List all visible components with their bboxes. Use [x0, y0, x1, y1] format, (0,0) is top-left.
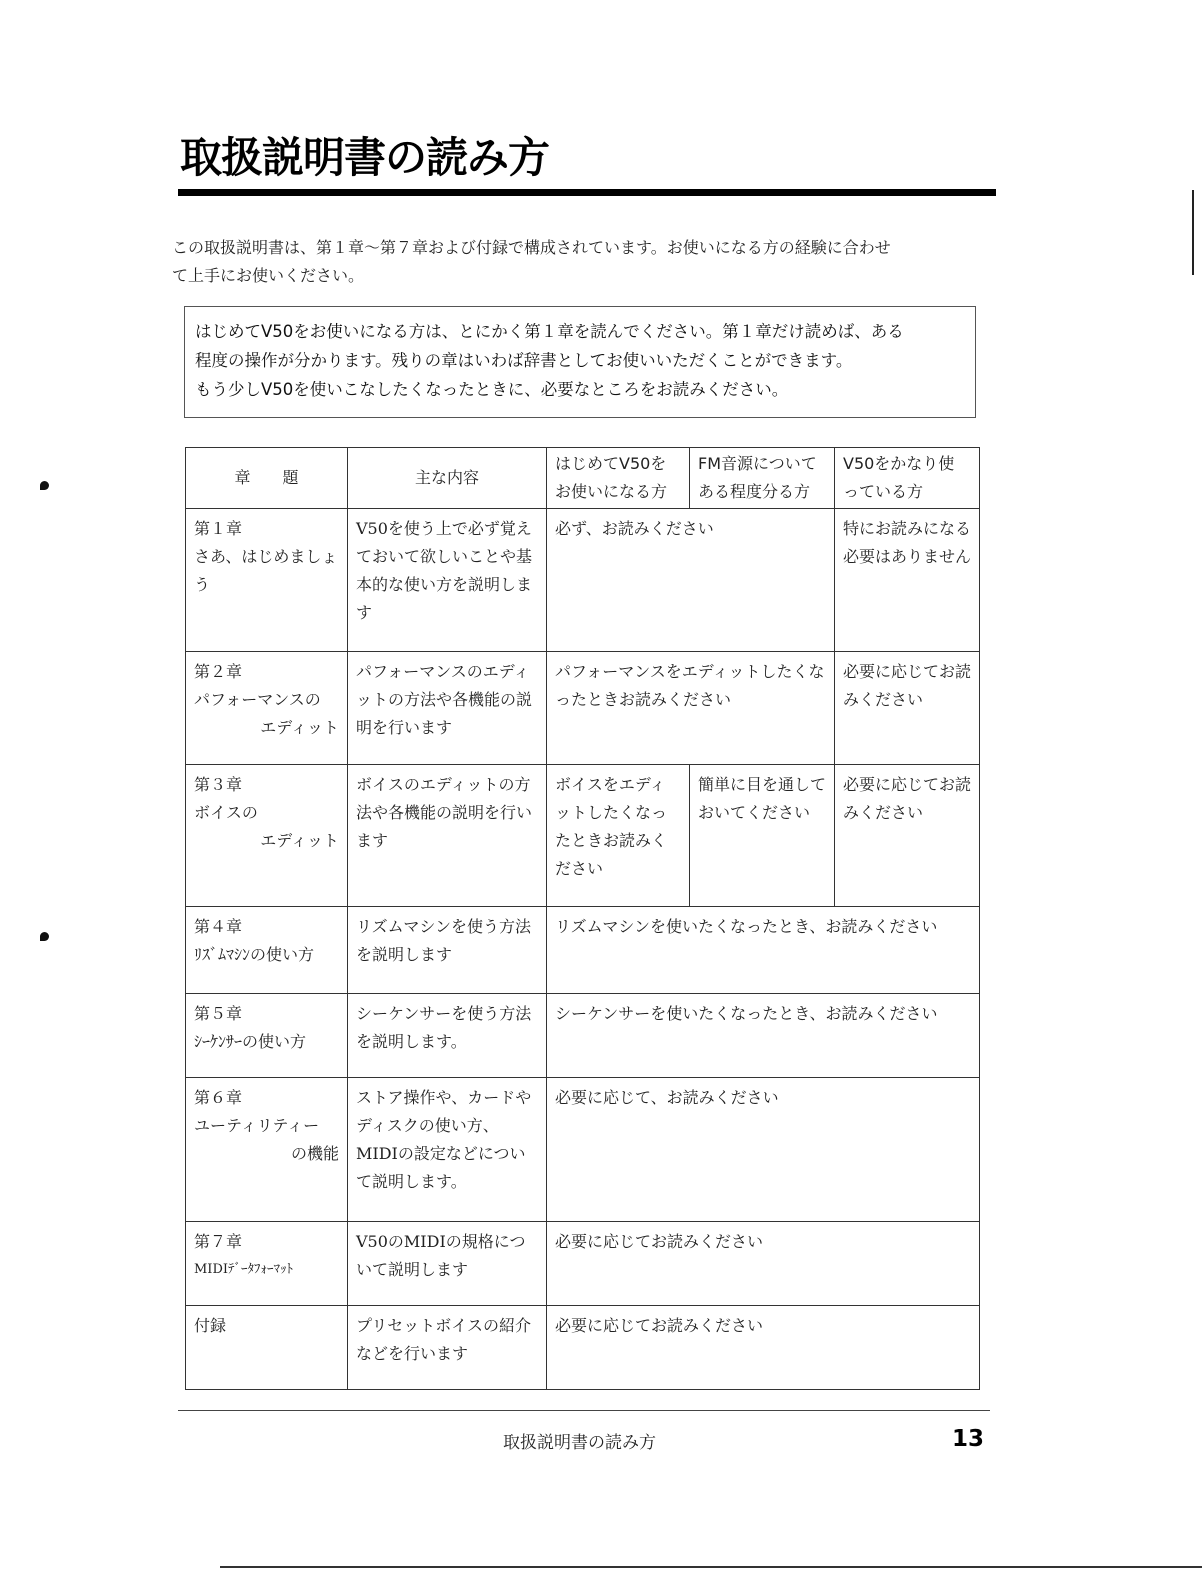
advanced-cell: 必要に応じてお読みください	[835, 652, 980, 765]
page-title: 取扱説明書の読み方	[180, 128, 549, 188]
binder-hole-mark-icon	[40, 481, 49, 490]
content-cell: パフォーマンスのエディットの方法や各機能の説明を行います	[348, 652, 547, 765]
reading-guide-table: 章 題 主な内容 はじめてV50を お使いになる方 FM音源について ある程度分…	[185, 447, 980, 1390]
content-cell: ストア操作や、カードやディスクの使い方、MIDIの設定などについて説明します。	[348, 1078, 547, 1222]
chapter-cell: 第６章 ユーティリティー の機能	[186, 1078, 348, 1222]
all-readers-cell: リズムマシンを使いたくなったとき、お読みください	[547, 907, 980, 994]
header-content: 主な内容	[348, 448, 547, 509]
header-intermediate: FM音源について ある程度分る方	[690, 448, 835, 509]
advanced-cell: 特にお読みになる必要はありません	[835, 509, 980, 652]
table-header-row: 章 題 主な内容 はじめてV50を お使いになる方 FM音源について ある程度分…	[186, 448, 980, 509]
header-chapter: 章 題	[186, 448, 348, 509]
table-row: 第６章 ユーティリティー の機能 ストア操作や、カードやディスクの使い方、MID…	[186, 1078, 980, 1222]
content-cell: リズムマシンを使う方法を説明します	[348, 907, 547, 994]
intermediate-cell: 簡単に目を通しておいてください	[690, 765, 835, 907]
beginner-cell: ボイスをエディットしたくなったときお読みください	[547, 765, 690, 907]
table-row: 第１章 さあ、はじめましょう V50を使う上で必ず覚えておいて欲しいことや基本的…	[186, 509, 980, 652]
content-cell: V50のMIDIの規格について説明します	[348, 1222, 547, 1306]
intro-line: この取扱説明書は、第１章〜第７章および付録で構成されています。お使いになる方の経…	[172, 234, 1002, 262]
title-underline	[178, 189, 996, 196]
chapter-cell: 第１章 さあ、はじめましょう	[186, 509, 348, 652]
note-line: もう少しV50を使いこなしたくなったときに、必要なところをお読みください。	[195, 375, 965, 404]
page-number: 13	[952, 1426, 984, 1452]
intro-line: て上手にお使いください。	[172, 262, 1002, 290]
chapter-cell: 第３章 ボイスの エディット	[186, 765, 348, 907]
chapter-cell: 第４章 ﾘｽﾞﾑﾏｼﾝの使い方	[186, 907, 348, 994]
footer-section-title: 取扱説明書の読み方	[503, 1428, 656, 1453]
beginner-intermediate-cell: 必ず、お読みください	[547, 509, 835, 652]
header-advanced: V50をかなり使 っている方	[835, 448, 980, 509]
all-readers-cell: 必要に応じてお読みください	[547, 1222, 980, 1306]
all-readers-cell: シーケンサーを使いたくなったとき、お読みください	[547, 994, 980, 1078]
note-box: はじめてV50をお使いになる方は、とにかく第１章を読んでください。第１章だけ読め…	[184, 306, 976, 418]
content-cell: プリセットボイスの紹介などを行います	[348, 1306, 547, 1390]
table-row: 第４章 ﾘｽﾞﾑﾏｼﾝの使い方 リズムマシンを使う方法を説明します リズムマシン…	[186, 907, 980, 994]
note-line: はじめてV50をお使いになる方は、とにかく第１章を読んでください。第１章だけ読め…	[195, 317, 965, 346]
all-readers-cell: 必要に応じてお読みください	[547, 1306, 980, 1390]
note-line: 程度の操作が分かります。残りの章はいわば辞書としてお使いいただくことができます。	[195, 346, 965, 375]
beginner-intermediate-cell: パフォーマンスをエディットしたくなったときお読みください	[547, 652, 835, 765]
chapter-cell: 付録	[186, 1306, 348, 1390]
chapter-cell: 第７章 MIDIﾃﾞｰﾀﾌｫｰﾏｯﾄ	[186, 1222, 348, 1306]
content-cell: シーケンサーを使う方法を説明します。	[348, 994, 547, 1078]
scan-edge-mark	[1192, 190, 1194, 275]
table-row: 第７章 MIDIﾃﾞｰﾀﾌｫｰﾏｯﾄ V50のMIDIの規格について説明します …	[186, 1222, 980, 1306]
header-beginner: はじめてV50を お使いになる方	[547, 448, 690, 509]
content-cell: ボイスのエディットの方法や各機能の説明を行います	[348, 765, 547, 907]
all-readers-cell: 必要に応じて、お読みください	[547, 1078, 980, 1222]
footer-divider	[178, 1410, 990, 1411]
content-cell: V50を使う上で必ず覚えておいて欲しいことや基本的な使い方を説明します	[348, 509, 547, 652]
chapter-cell: 第５章 ｼｰｹﾝｻｰの使い方	[186, 994, 348, 1078]
table-row: 第５章 ｼｰｹﾝｻｰの使い方 シーケンサーを使う方法を説明します。 シーケンサー…	[186, 994, 980, 1078]
table-row: 付録 プリセットボイスの紹介などを行います 必要に応じてお読みください	[186, 1306, 980, 1390]
scan-bottom-edge	[220, 1566, 1202, 1568]
table-row: 第３章 ボイスの エディット ボイスのエディットの方法や各機能の説明を行います …	[186, 765, 980, 907]
intro-paragraph: この取扱説明書は、第１章〜第７章および付録で構成されています。お使いになる方の経…	[172, 234, 1002, 290]
table-row: 第２章 パフォーマンスの エディット パフォーマンスのエディットの方法や各機能の…	[186, 652, 980, 765]
chapter-cell: 第２章 パフォーマンスの エディット	[186, 652, 348, 765]
advanced-cell: 必要に応じてお読みください	[835, 765, 980, 907]
binder-hole-mark-icon	[40, 932, 49, 941]
